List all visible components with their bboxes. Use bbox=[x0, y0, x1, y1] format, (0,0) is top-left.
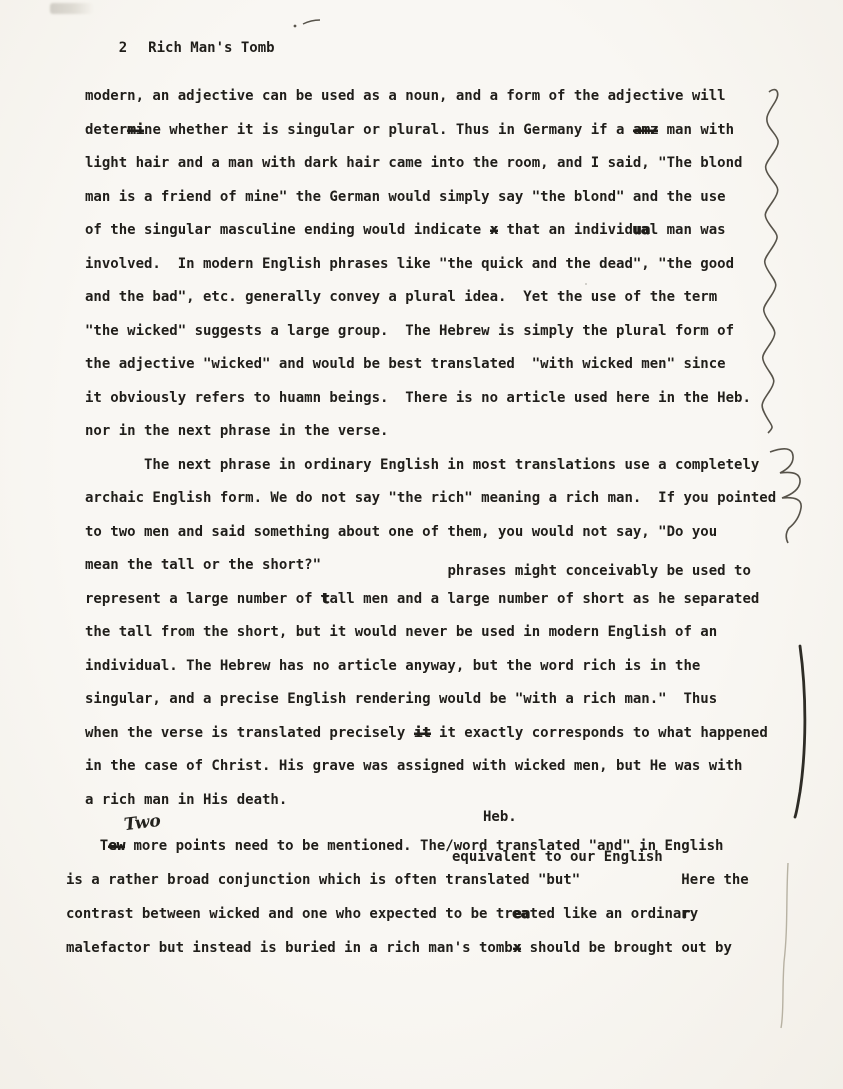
overtyped-text: r bbox=[681, 906, 689, 922]
typewritten-line: a rich man in His death. bbox=[85, 784, 776, 818]
typewritten-line: represent a large number of tall men and… bbox=[85, 583, 776, 617]
typewritten-line: "the wicked" suggests a large group. The… bbox=[85, 315, 776, 349]
struck-out-text: ew bbox=[108, 838, 125, 854]
typed-insertion-heb: Heb. bbox=[483, 809, 517, 825]
typewritten-line: individual. The Hebrew has no article an… bbox=[85, 650, 776, 684]
struck-out-text: x bbox=[513, 940, 521, 956]
typewritten-line: malefactor but instead is buried in a ri… bbox=[66, 931, 749, 965]
typewritten-line: modern, an adjective can be used as a no… bbox=[85, 80, 776, 114]
overtyped-text: ea bbox=[513, 906, 530, 922]
typewritten-line: archaic English form. We do not say "the… bbox=[85, 482, 776, 516]
typewritten-line: is a rather broad conjunction which is o… bbox=[66, 863, 749, 897]
typewritten-line: involved. In modern English phrases like… bbox=[85, 248, 776, 282]
body-text-final-paragraph: Tew more points need to be mentioned. Th… bbox=[66, 829, 749, 965]
typewritten-line: contrast between wicked and one who expe… bbox=[66, 897, 749, 931]
typewritten-line: man is a friend of mine" the German woul… bbox=[85, 181, 776, 215]
typewritten-line: the tall from the short, but it would ne… bbox=[85, 616, 776, 650]
corner-smudge bbox=[50, 3, 94, 14]
typewritten-line: mean the tall or the short?" phrases mig… bbox=[85, 549, 776, 583]
typewritten-line: the adjective "wicked" and would be best… bbox=[85, 348, 776, 382]
typewritten-line: light hair and a man with dark hair came… bbox=[85, 147, 776, 181]
typewritten-line: of the singular masculine ending would i… bbox=[85, 214, 776, 248]
struck-out-text: x bbox=[490, 222, 498, 238]
document-title: Rich Man's Tomb bbox=[148, 40, 274, 56]
overtyped-text: ua bbox=[633, 222, 650, 238]
typewritten-line: The next phrase in ordinary English in m… bbox=[85, 449, 776, 483]
header-tick-dot bbox=[294, 25, 297, 28]
typewritten-line: to two men and said something about one … bbox=[85, 516, 776, 550]
typewritten-line: determine whether it is singular or plur… bbox=[85, 114, 776, 148]
typewritten-line: Tew more points need to be mentioned. Th… bbox=[66, 829, 749, 863]
typewritten-line: nor in the next phrase in the verse. bbox=[85, 415, 776, 449]
overtyped-text: t bbox=[321, 591, 329, 607]
typewritten-line: and the bad", etc. generally convey a pl… bbox=[85, 281, 776, 315]
typewritten-line: singular, and a precise English renderin… bbox=[85, 683, 776, 717]
margin-pencil-line bbox=[781, 863, 788, 1028]
offset-text: phrases might conceivably be used to bbox=[321, 563, 751, 579]
typewritten-line: when the verse is translated precisely i… bbox=[85, 717, 776, 751]
header-tick-dash bbox=[303, 20, 320, 24]
typewritten-line: in the case of Christ. His grave was ass… bbox=[85, 750, 776, 784]
struck-out-text: mi bbox=[127, 122, 144, 138]
page-number: 2 bbox=[119, 40, 127, 56]
document-header: 2Rich Man's Tomb bbox=[85, 24, 275, 72]
struck-out-text: amz bbox=[633, 122, 658, 138]
margin-stroke bbox=[795, 646, 805, 817]
body-text-main: modern, an adjective can be used as a no… bbox=[85, 80, 776, 817]
struck-out-text: it bbox=[414, 725, 431, 741]
scanned-document-page: 2Rich Man's Tomb modern, an adjective ca… bbox=[0, 0, 843, 1089]
typewritten-line: it obviously refers to huamn beings. The… bbox=[85, 382, 776, 416]
